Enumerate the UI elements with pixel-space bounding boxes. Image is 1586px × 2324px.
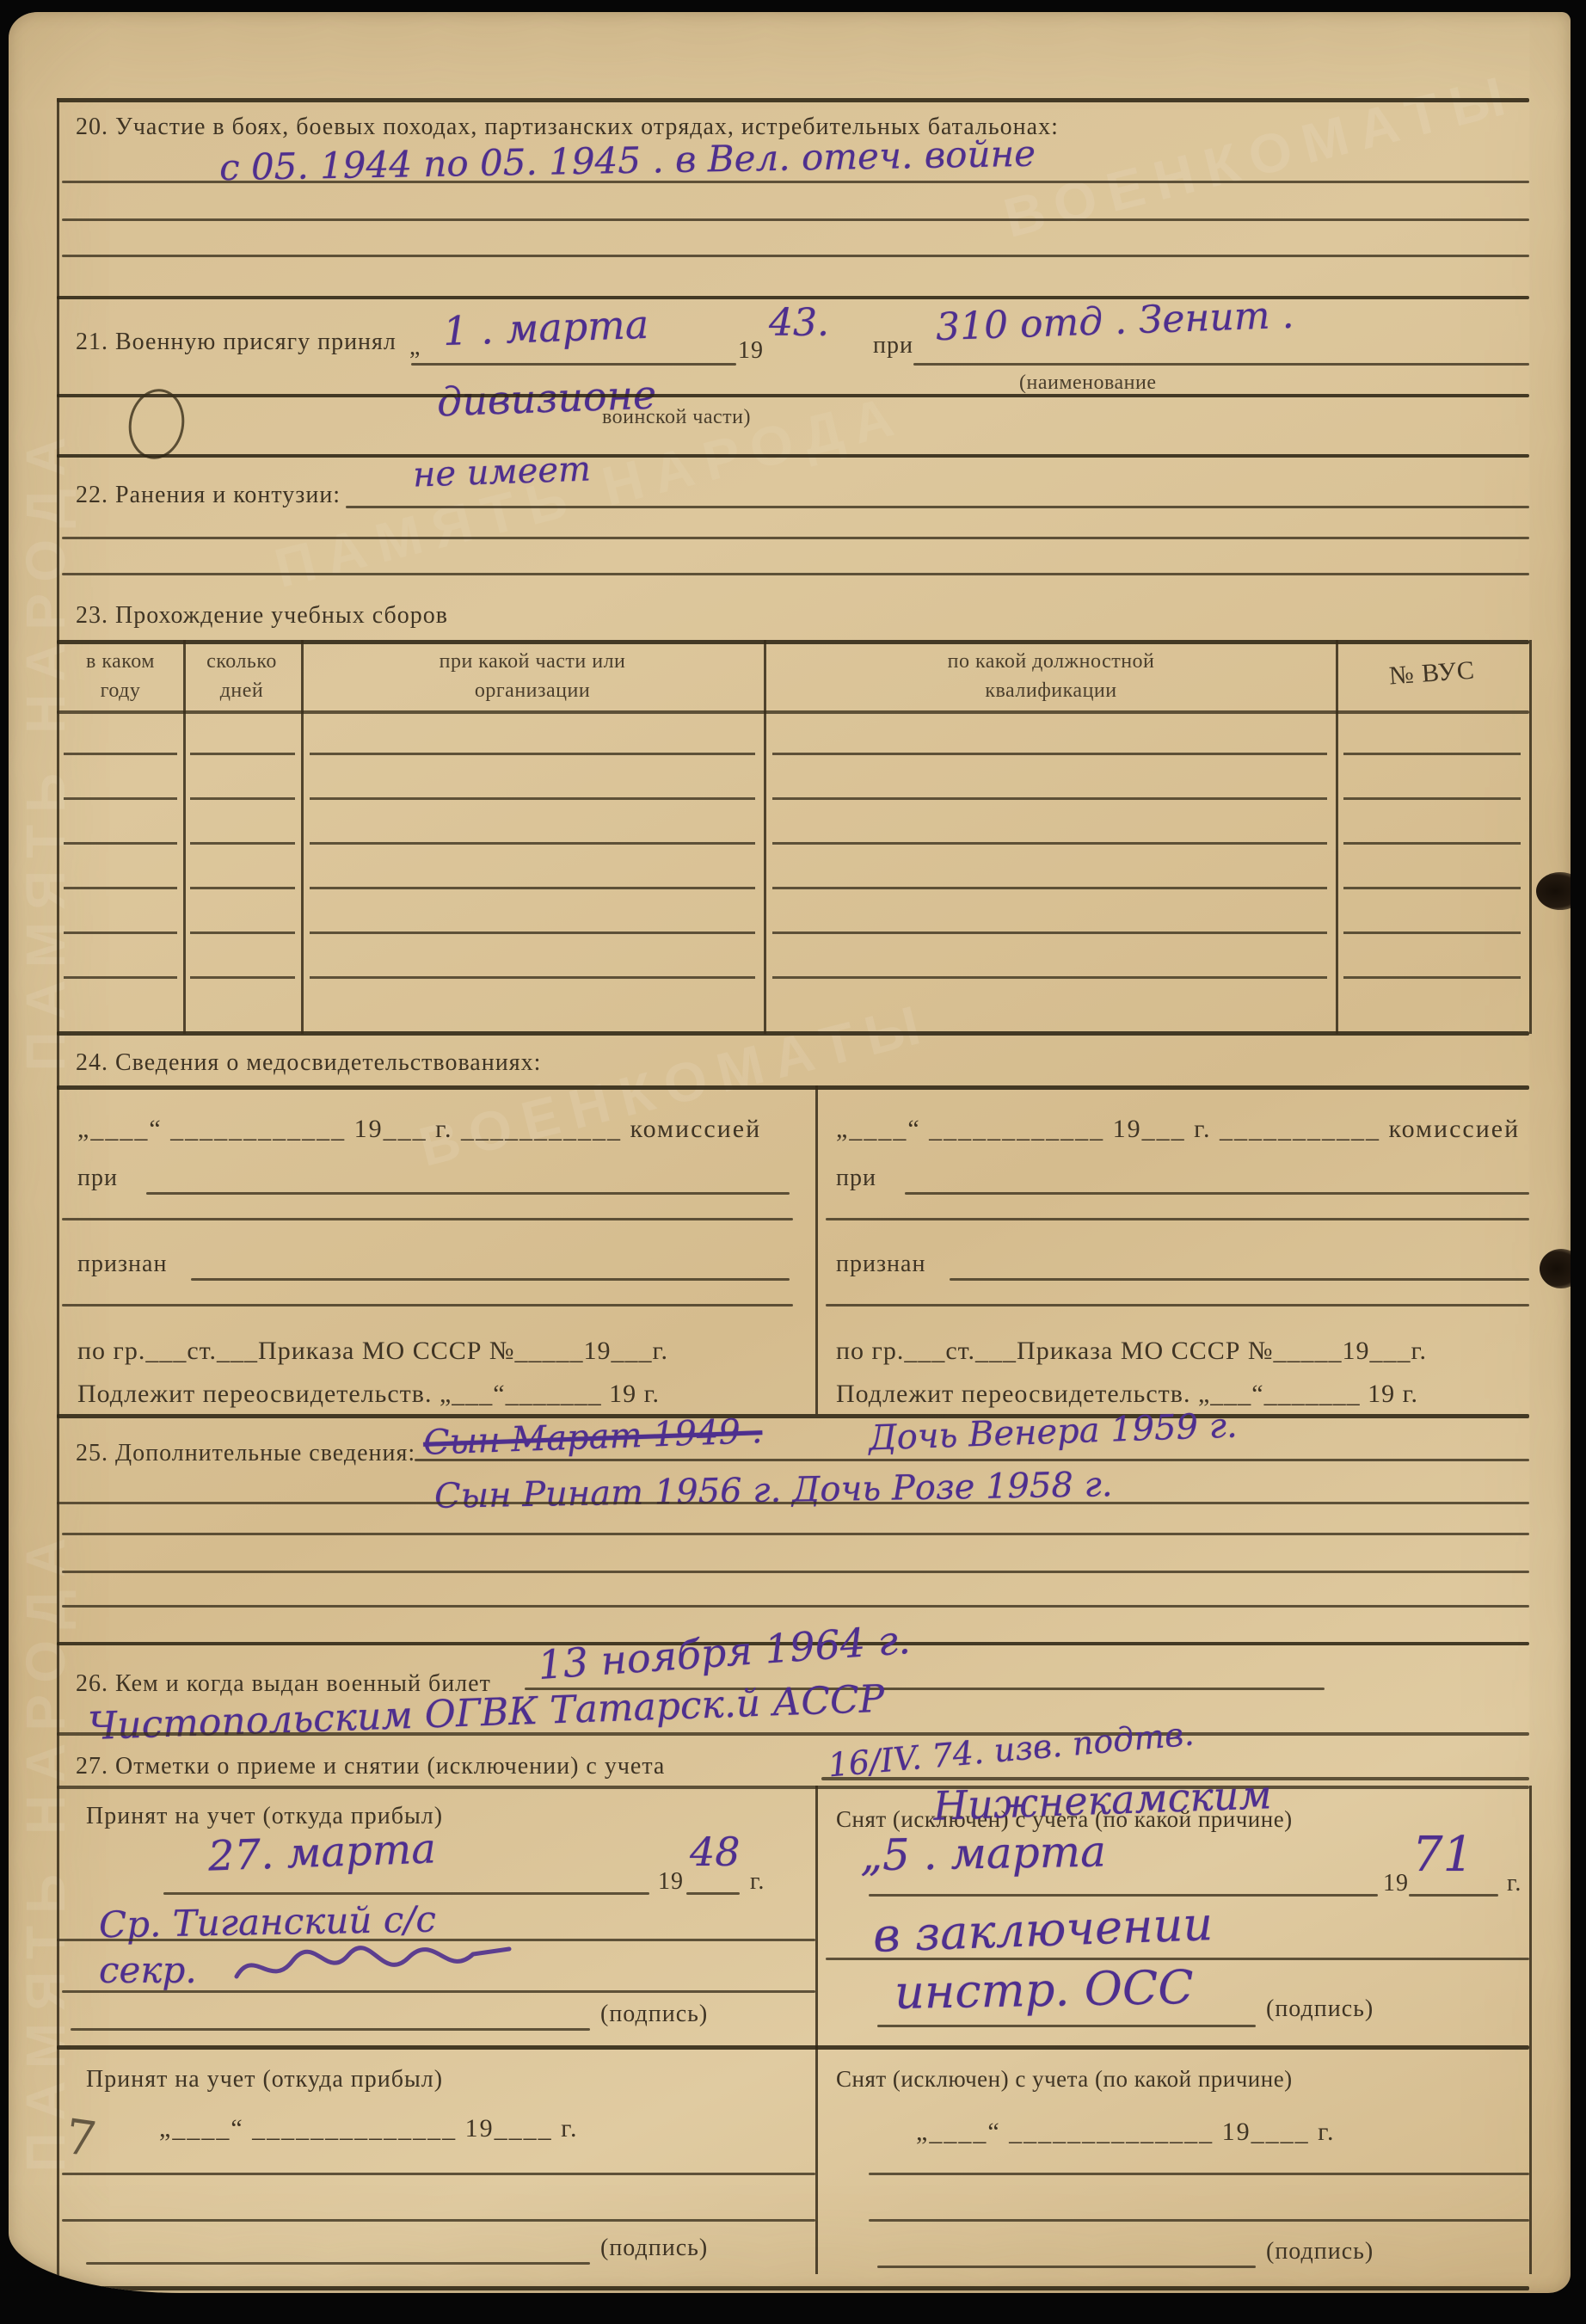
ruled-line (62, 573, 1529, 575)
table-right-border (1529, 640, 1532, 1034)
oath-year-handwriting: 43. (769, 301, 829, 345)
ruled-line (686, 1892, 740, 1895)
remove-blank-date: „____“ ______________ 19____ г. (916, 2118, 1336, 2147)
med-left-order: по гр.___ст.___Приказа МО СССР №_____19_… (77, 1337, 668, 1366)
table-row-lines (1343, 710, 1521, 994)
ruled-line (62, 1605, 1529, 1608)
ruled-line (415, 1459, 1529, 1461)
ruled-line (71, 2028, 590, 2031)
ruled-line (146, 1192, 790, 1195)
ruled-line (346, 506, 1529, 508)
med-right-row1: „____“ ____________ 19___ г. ___________… (836, 1115, 1520, 1144)
remove-year-prefix: 19 (1383, 1870, 1409, 1897)
grid-right-border (1529, 1786, 1532, 2274)
section-separator (57, 296, 1529, 299)
year-prefix: 19 (738, 337, 764, 365)
table-header-days: сколько (206, 650, 277, 673)
ruled-line (877, 2266, 1256, 2268)
ruled-line (62, 218, 1529, 221)
ruled-line (163, 1892, 649, 1895)
table-row-lines (772, 710, 1327, 994)
table-column-border (301, 640, 304, 1034)
watermark-pamyat-naroda: ПАМЯТЬ НАРОДА (14, 1526, 77, 2172)
medical-column-divider (815, 1085, 818, 1414)
remove-reason-handwriting: в заключении (872, 1897, 1214, 1963)
ruled-line (62, 181, 1529, 183)
table-header-vus: № ВУС (1388, 656, 1476, 692)
watermark-voenkomaty: ВОЕНКОМАТЫ (998, 61, 1522, 249)
ruled-line (877, 2025, 1256, 2027)
table-header-qual2: квалификации (985, 679, 1116, 703)
accept-label-2: Принят на учет (откуда прибыл) (86, 2066, 443, 2093)
grid-column-divider (815, 1786, 818, 2274)
ruled-line (826, 1218, 1529, 1220)
wounds-handwriting: не имеет (412, 449, 591, 495)
additional-info-struck-handwriting: Сын Марат 1949 . (422, 1411, 763, 1463)
med-right-pri: при (836, 1165, 876, 1192)
notification-note-handwriting: 16/IV. 74. изв. подтв. (827, 1714, 1196, 1784)
ruled-line (57, 1732, 1529, 1736)
table-row-lines (190, 710, 295, 994)
grid-bottom-border (57, 2286, 1529, 2290)
section23-label: 23. Прохождение учебных сборов (76, 602, 448, 630)
ruled-line (57, 1502, 1529, 1504)
med-left-priznan: признан (77, 1251, 167, 1278)
accept-year-prefix: 19 (658, 1868, 684, 1896)
signature-hint: (подпись) (1266, 2238, 1374, 2266)
grid-row-divider (57, 2045, 1529, 2050)
section21-label: 21. Военную присягу принял (76, 329, 396, 356)
unit-hint-1: (наименование (1019, 372, 1157, 395)
ink-blot (1540, 1249, 1571, 1288)
section-separator (57, 1085, 1529, 1090)
med-right-order: по гр.___ст.___Приказа МО СССР №_____19_… (836, 1337, 1427, 1366)
ruled-line (913, 363, 1529, 366)
ink-blot (1536, 872, 1571, 910)
grid-top-border (57, 1786, 1529, 1789)
signature-hint: (подпись) (600, 2235, 708, 2262)
ruled-line (57, 1939, 815, 1941)
ruled-line (62, 255, 1529, 257)
ruled-line-heavy (57, 394, 1529, 397)
frame-left-border (57, 98, 59, 2287)
additional-info-handwriting-2: Сын Ринат 1956 г. Дочь Розе 1958 г. (434, 1465, 1113, 1516)
ruled-line (191, 1278, 790, 1281)
ruled-line (869, 2219, 1529, 2222)
med-right-priznan: признан (836, 1251, 925, 1278)
accept-blank-date: „____“ ______________ 19____ г. (159, 2114, 579, 2143)
remove-date-handwriting: „5 . марта (860, 1827, 1107, 1881)
table-header-qual: по какой должностной (948, 650, 1155, 673)
table-top-border (57, 640, 1529, 644)
ruled-line (62, 1218, 793, 1220)
section25-label: 25. Дополнительные сведения: (76, 1440, 415, 1467)
section24-label: 24. Сведения о медосвидетельствованиях: (76, 1049, 541, 1077)
table-header-unit: при какой части или (440, 650, 626, 673)
ruled-line (62, 537, 1529, 539)
signature-hint: (подпись) (600, 2001, 708, 2028)
table-column-border (764, 640, 766, 1034)
remove-label-2: Снят (исключен) с учета (по какой причин… (836, 2066, 1293, 2093)
ruled-line (62, 2219, 815, 2222)
signature-scribble (232, 1942, 516, 1994)
remove-sign-handwriting: инстр. ОСС (894, 1960, 1194, 2020)
remove-year-suffix: г. (1507, 1870, 1521, 1897)
section22-label: 22. Ранения и контузии: (76, 482, 341, 509)
ruled-line (62, 1990, 815, 1993)
table-row-lines (64, 710, 177, 994)
med-left-pri: при (77, 1165, 118, 1192)
ruled-line (62, 1533, 1529, 1535)
oath-date-handwriting: 1 . марта (442, 301, 649, 354)
table-header-year2: году (101, 679, 141, 703)
accept-year-handwriting: 48 (690, 1829, 741, 1875)
table-header-days2: дней (220, 679, 264, 703)
ruled-line (869, 1894, 1378, 1897)
section27-label: 27. Отметки о приеме и снятии (исключени… (76, 1753, 665, 1780)
frame-top-border (57, 98, 1529, 102)
ruled-line (411, 363, 736, 366)
table-header-unit2: организации (475, 679, 590, 703)
med-left-reexam: Подлежит переосвидетельств. „___“_______… (77, 1380, 660, 1409)
table-row-lines (310, 710, 755, 994)
ruled-line (950, 1278, 1529, 1281)
at-label: при (873, 332, 913, 360)
ruled-line (1409, 1894, 1498, 1897)
accept-year-suffix: г. (750, 1868, 765, 1896)
accept-clerk-handwriting: секр. (99, 1949, 197, 1991)
remove-year-handwriting: 71 (1412, 1827, 1473, 1883)
ruled-line (869, 2173, 1529, 2175)
unit-hint-2: воинской части) (602, 406, 751, 429)
med-left-row1: „____“ ____________ 19___ г. ___________… (77, 1115, 761, 1144)
section-separator (57, 1414, 1529, 1418)
ruled-line (62, 1304, 793, 1306)
section-separator (57, 454, 1529, 458)
ruled-line (905, 1192, 1529, 1195)
ruled-line (62, 2173, 815, 2175)
table-bottom-border (57, 1031, 1529, 1036)
watermark-voenkomaty: ВОЕНКОМАТЫ (413, 990, 937, 1178)
table-column-border (1336, 640, 1338, 1034)
ruled-line (86, 2262, 590, 2265)
open-quote: „ (409, 334, 421, 361)
signature-hint: (подпись) (1266, 1995, 1374, 2023)
table-header-year: в каком (86, 650, 155, 673)
accept-date-handwriting: 27. марта (207, 1824, 437, 1880)
page-mark: 7 (62, 2109, 100, 2168)
unit-handwriting: 310 отд . Зенит . (935, 293, 1294, 350)
med-right-reexam: Подлежит переосвидетельств. „___“_______… (836, 1380, 1418, 1409)
scanned-document-page: ПАМЯТЬ НАРОДА ПАМЯТЬ НАРОДА ВОЕНКОМАТЫ В… (9, 12, 1571, 2293)
ruled-line (826, 1304, 1529, 1306)
ruled-line (62, 1571, 1529, 1573)
table-column-border (183, 640, 186, 1034)
